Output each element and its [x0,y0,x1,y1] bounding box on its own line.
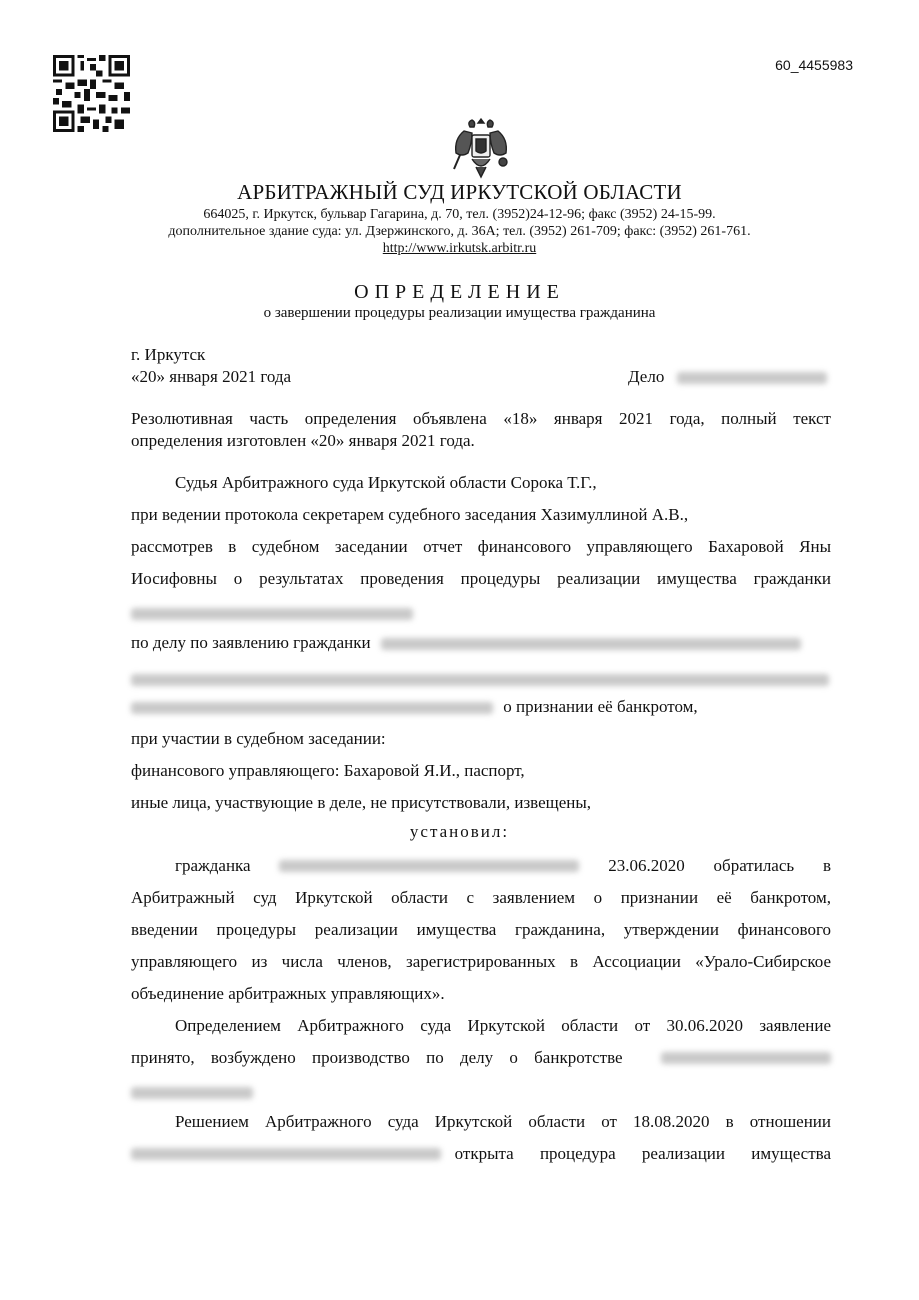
others-line: иные лица, участвующие в деле, не присут… [131,793,591,813]
redacted-citizen-name [279,860,579,872]
paragraph-2-line-3 [131,1082,253,1102]
redacted-case-number [677,372,827,384]
redacted-name [661,1052,831,1064]
resolution-line-1: Резолютивная часть определения объявлена… [131,409,831,429]
paragraph-1-line-2: Арбитражный суд Иркутской области с заяв… [131,888,831,908]
case-number: Дело [628,367,827,387]
review-line-1: рассмотрев в судебном заседании отчет фи… [131,537,831,557]
redacted-address [131,702,493,714]
p1-word-citizen: гражданка [175,856,251,876]
judge-line: Судья Арбитражного суда Иркутской област… [131,473,597,493]
court-additional-address: дополнительное здание суда: ул. Дзержинс… [0,223,919,240]
application-line-2 [131,669,829,689]
paragraph-2-line-1: Определением Арбитражного суда Иркутской… [175,1016,831,1036]
application-line-1: по делу по заявлению гражданки [131,633,801,653]
secretary-line: при ведении протокола секретарем судебно… [131,505,688,525]
p1-date: 23.06.2020 [608,856,685,876]
court-website-link[interactable]: http://www.irkutsk.arbitr.ru [383,241,536,256]
p3-text: открыта процедура реализации имущества [455,1144,831,1164]
participation-line: при участии в судебном заседании: [131,729,386,749]
court-website: http://www.irkutsk.arbitr.ru [0,240,919,257]
p2-text: принято, возбуждено производство по делу… [131,1048,623,1068]
paragraph-1-line-5: объединение арбитражных управляющих». [131,984,445,1004]
resolution-line-2: определения изготовлен «20» января 2021 … [131,431,475,451]
redacted-debtor-name [131,603,413,623]
document-subtitle: о завершении процедуры реализации имущес… [0,305,919,322]
application-end-text: о признании её банкротом, [503,697,697,716]
court-name: АРБИТРАЖНЫЙ СУД ИРКУТСКОЙ ОБЛАСТИ [0,180,919,205]
case-label: Дело [628,367,664,386]
city: г. Иркутск [131,345,205,365]
paragraph-1-line-3: введении процедуры реализации имущества … [131,920,831,940]
qr-code-icon [53,55,130,132]
p1-word-applied: обратилась [714,856,795,876]
manager-line: финансового управляющего: Бахаровой Я.И.… [131,761,525,781]
paragraph-1-line-1: гражданка 23.06.2020 обратилась в [175,856,831,876]
application-line-3: о признании её банкротом, [131,697,698,717]
paragraph-3-line-2: открыта процедура реализации имущества [131,1144,831,1164]
document-id: 60_4455983 [775,57,853,73]
document-title: ОПРЕДЕЛЕНИЕ [0,281,919,304]
p1-word-to: в [823,856,831,876]
established-heading: установил: [0,822,919,842]
paragraph-2-line-2: принято, возбуждено производство по делу… [131,1048,831,1068]
paragraph-3-line-1: Решением Арбитражного суда Иркутской обл… [175,1112,831,1132]
paragraph-1-line-4: управляющего из числа членов, зарегистри… [131,952,831,972]
redacted-debtor-details [381,638,801,650]
application-text: по делу по заявлению гражданки [131,633,371,652]
court-address: 664025, г. Иркутск, бульвар Гагарина, д.… [0,206,919,223]
russian-coat-of-arms-icon [450,115,512,181]
review-line-2: Иосифовны о результатах проведения проце… [131,569,831,589]
document-date: «20» января 2021 года [131,367,291,387]
redacted-name-2 [131,1148,441,1160]
